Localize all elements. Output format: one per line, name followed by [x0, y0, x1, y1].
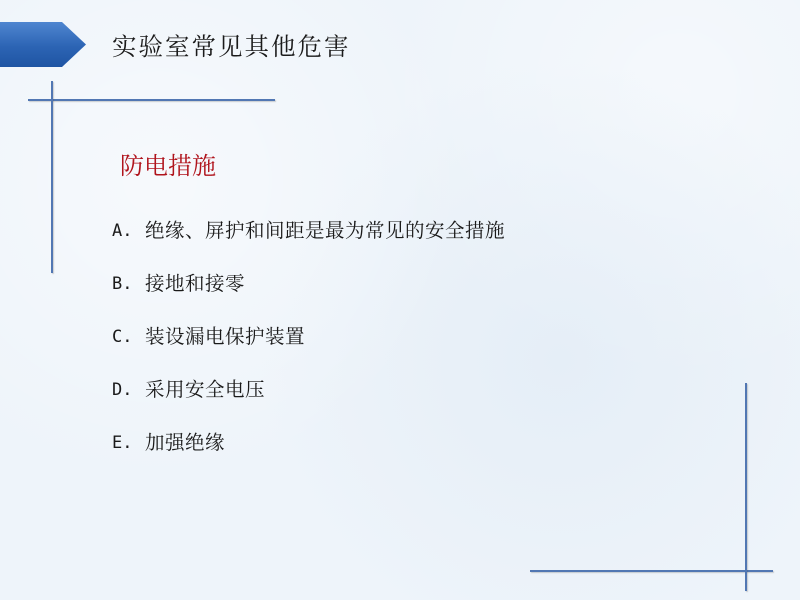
item-letter: E. [112, 430, 145, 456]
item-letter: C. [112, 324, 145, 350]
item-text: 绝缘、屏护和间距是最为常见的安全措施 [145, 218, 505, 244]
item-text: 装设漏电保护装置 [145, 324, 305, 350]
decorative-line-bottom-horizontal [530, 570, 773, 572]
decorative-line-top-horizontal [28, 99, 275, 101]
list-item: B. 接地和接零 [112, 271, 505, 324]
slide-title: 实验室常见其他危害 [112, 32, 351, 62]
measures-list: A. 绝缘、屏护和间距是最为常见的安全措施 B. 接地和接零 C. 装设漏电保护… [112, 218, 505, 483]
item-letter: D. [112, 377, 145, 403]
decorative-line-top-vertical [51, 81, 53, 273]
item-letter: B. [112, 271, 145, 297]
item-text: 加强绝缘 [145, 430, 225, 456]
decorative-line-bottom-vertical [745, 383, 747, 591]
list-item: D. 采用安全电压 [112, 377, 505, 430]
item-text: 接地和接零 [145, 271, 245, 297]
list-item: A. 绝缘、屏护和间距是最为常见的安全措施 [112, 218, 505, 271]
item-letter: A. [112, 218, 145, 244]
list-item: C. 装设漏电保护装置 [112, 324, 505, 377]
list-item: E. 加强绝缘 [112, 430, 505, 483]
section-heading: 防电措施 [120, 151, 216, 181]
item-text: 采用安全电压 [145, 377, 265, 403]
